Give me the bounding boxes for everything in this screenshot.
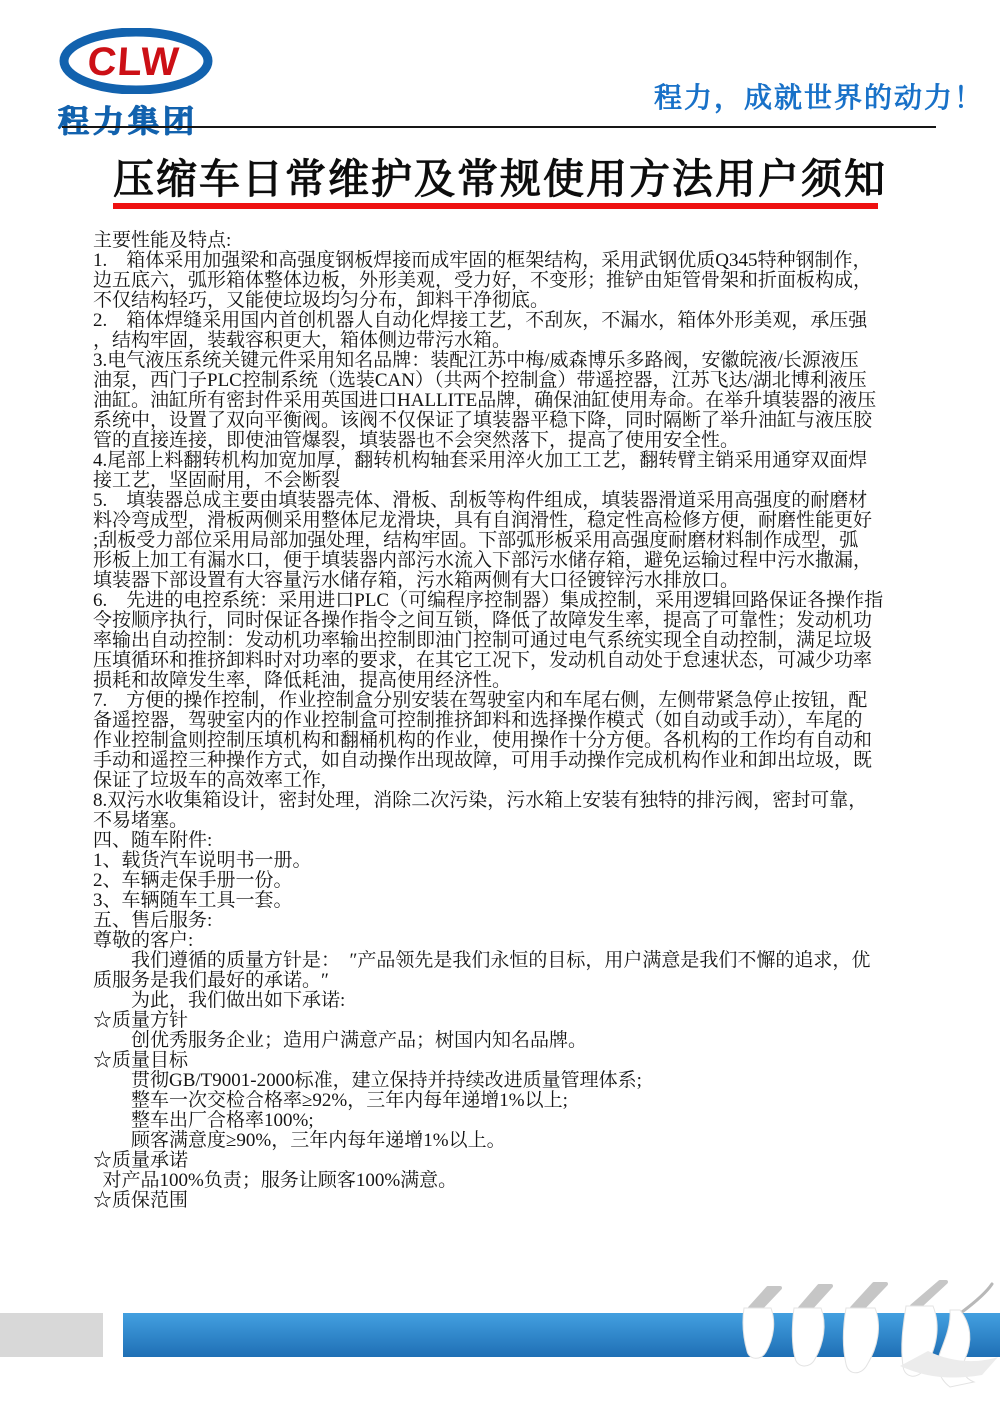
company-logo: CLW 程力集团	[58, 28, 228, 141]
claw-decoration-icon	[700, 1278, 1000, 1390]
body-text-line: 接工艺，坚固耐用，不会断裂	[93, 471, 923, 491]
body-text-line: 四、随车附件:	[93, 831, 923, 851]
body-text-line: 1、载货汽车说明书一册。	[93, 851, 923, 871]
body-text-line: 5. 填装器总成主要由填装器壳体、滑板、刮板等构件组成，填装器滑道采用高强度的耐…	[93, 491, 923, 511]
body-text-line: 创优秀服务企业；造用户满意产品；树国内知名品牌。	[93, 1031, 923, 1051]
body-text-line: 不易堵塞。	[93, 811, 923, 831]
header-divider-line	[62, 126, 936, 128]
body-text-line: 管的直接连接，即使油管爆裂，填装器也不会突然落下，提高了使用安全性。	[93, 431, 923, 451]
body-text-line: 整车出厂合格率100%;	[93, 1111, 923, 1131]
body-text-line: 尊敬的客户:	[93, 931, 923, 951]
body-text-line: 油缸。油缸所有密封件采用英国进口HALLITE品牌，确保油缸使用寿命。在举升填装…	[93, 391, 923, 411]
body-text-line: 系统中，设置了双向平衡阀。该阀不仅保证了填装器平稳下降，同时隔断了举升油缸与液压…	[93, 411, 923, 431]
document-page: CLW 程力集团 程力，成就世界的动力！ 压缩车日常维护及常规使用方法用户须知 …	[0, 0, 1000, 1415]
footer-gray-block	[0, 1313, 103, 1357]
body-text-line: 不仅结构轻巧，又能使垃圾均匀分布，卸料干净彻底。	[93, 291, 923, 311]
body-text-line: 率输出自动控制：发动机功率输出控制即油门控制可通过电气系统实现全自动控制，满足垃…	[93, 631, 923, 651]
body-text-line: 我们遵循的质量方针是： ″产品领先是我们永恒的目标，用户满意是我们不懈的追求，优	[93, 951, 923, 971]
body-text-line: ，结构牢固，装载容积更大，箱体侧边带污水箱。	[93, 331, 923, 351]
body-text-line: 6. 先进的电控系统：采用进口PLC（可编程序控制器）集成控制，采用逻辑回路保证…	[93, 591, 923, 611]
company-slogan: 程力，成就世界的动力！	[654, 76, 984, 116]
body-text-line: 2、车辆走保手册一份。	[93, 871, 923, 891]
logo-clw-text: CLW	[86, 40, 181, 84]
body-text-line: 8.双污水收集箱设计，密封处理，消除二次污染，污水箱上安装有独特的排污阀，密封可…	[93, 791, 923, 811]
body-text-line: ☆质量目标	[93, 1051, 923, 1071]
body-text-line: 五、售后服务:	[93, 911, 923, 931]
body-text-line: 主要性能及特点:	[93, 231, 923, 251]
body-text-line: 保证了垃圾车的高效率工作,	[93, 771, 923, 791]
body-text-line: 形板上加工有漏水口，便于填装器内部污水流入下部污水储存箱，避免运输过程中污水撒漏…	[93, 551, 923, 571]
company-name: 程力集团	[58, 96, 228, 141]
body-text-line: 3.电气液压系统关键元件采用知名品牌：装配江苏中梅/威森博乐多路阀，安徽皖液/长…	[93, 351, 923, 371]
body-text-line: 油泵，西门子PLC控制系统（选装CAN）（共两个控制盒）带遥控器，江苏飞达/湖北…	[93, 371, 923, 391]
clw-oval-logo-icon: CLW	[58, 28, 218, 94]
body-text-line: 3、车辆随车工具一套。	[93, 891, 923, 911]
body-text-line: 料冷弯成型，滑板两侧采用整体尼龙滑块，具有自润滑性，稳定性高检修方便，耐磨性能更…	[93, 511, 923, 531]
body-text-line: 作业控制盒则控制压填机构和翻桶机构的作业，使用操作十分方便。各机构的工作均有自动…	[93, 731, 923, 751]
page-title: 压缩车日常维护及常规使用方法用户须知	[0, 146, 1000, 205]
body-text-line: 1. 箱体采用加强梁和高强度钢板焊接而成牢固的框架结构，采用武钢优质Q345特种…	[93, 251, 923, 271]
body-text-line: 令按顺序执行，同时保证各操作指令之间互锁，降低了故障发生率，提高了可靠性；发动机…	[93, 611, 923, 631]
body-text-line: 备遥控器，驾驶室内的作业控制盒可控制推挤卸料和选择操作模式（如自动或手动），车尾…	[93, 711, 923, 731]
body-text-line: 填装器下部设置有大容量污水储存箱，污水箱两侧有大口径镀锌污水排放口。	[93, 571, 923, 591]
body-text-line: 压填循环和推挤卸料时对功率的要求，在其它工况下，发动机自动处于怠速状态，可减少功…	[93, 651, 923, 671]
body-text-line: 对产品100%负责；服务让顾客100%满意。	[93, 1171, 923, 1191]
body-text-line: 手动和遥控三种操作方式，如自动操作出现故障，可用手动操作完成机构作业和卸出垃圾，…	[93, 751, 923, 771]
body-text-line: ☆质量方针	[93, 1011, 923, 1031]
title-underline	[113, 203, 878, 209]
body-text-line: 贯彻GB/T9001-2000标准，建立保持并持续改进质量管理体系;	[93, 1071, 923, 1091]
body-text-line: 为此，我们做出如下承诺:	[93, 991, 923, 1011]
body-text-line: 4.尾部上料翻转机构加宽加厚，翻转机构轴套采用淬火加工工艺，翻转臂主销采用通穿双…	[93, 451, 923, 471]
body-text-line: 损耗和故障发生率，降低耗油，提高使用经济性。	[93, 671, 923, 691]
body-text-line: ;刮板受力部位采用局部加强处理，结构牢固。下部弧形板采用高强度耐磨材料制作成型，…	[93, 531, 923, 551]
body-text-line: ☆质量承诺	[93, 1151, 923, 1171]
body-text-line: 质服务是我们最好的承诺。″	[93, 971, 923, 991]
body-text-line: 边五底六，弧形箱体整体边板，外形美观，受力好，不变形；推铲由矩管骨架和折面板构成…	[93, 271, 923, 291]
body-text-line: ☆质保范围	[93, 1191, 923, 1211]
body-text-line: 整车一次交检合格率≥92%，三年内每年递增1%以上;	[93, 1091, 923, 1111]
body-text-line: 顾客满意度≥90%，三年内每年递增1%以上。	[93, 1131, 923, 1151]
body-text-line: 7. 方便的操作控制，作业控制盒分别安装在驾驶室内和车尾右侧，左侧带紧急停止按钮…	[93, 691, 923, 711]
document-body: 主要性能及特点:1. 箱体采用加强梁和高强度钢板焊接而成牢固的框架结构，采用武钢…	[93, 231, 923, 1211]
body-text-line: 2. 箱体焊缝采用国内首创机器人自动化焊接工艺，不刮灰，不漏水，箱体外形美观，承…	[93, 311, 923, 331]
